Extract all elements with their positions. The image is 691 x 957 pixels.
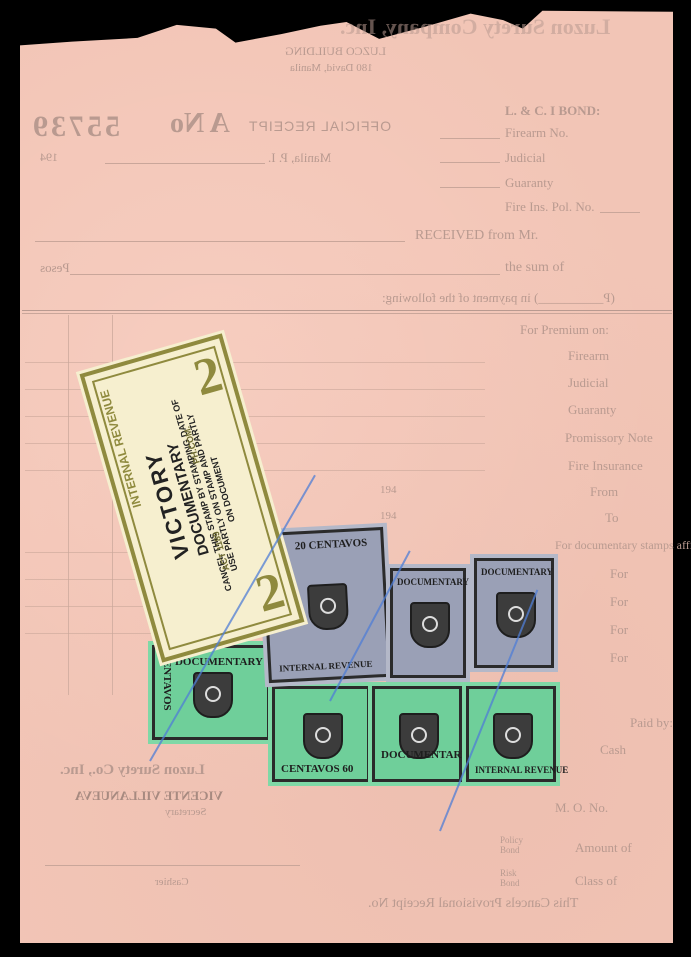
amount-options: PolicyBond [500, 835, 523, 855]
paid-by: Paid by: [630, 715, 673, 731]
receipt-number-prefix: A No [170, 108, 230, 140]
stamp-green-2: CENTAVOS 60 [272, 686, 370, 782]
receipt-number: 55739 [30, 110, 120, 144]
sum-of: the sum of [505, 260, 564, 276]
premium-item-for-1: For [610, 566, 628, 582]
year-prefix: 194 [40, 150, 58, 165]
footer-provisional: This Cancels Provisional Receipt No. [368, 896, 578, 912]
premium-item-guaranty: Guaranty [568, 402, 616, 418]
mo-no: M. O. No. [555, 800, 608, 816]
coat-of-arms-icon [303, 713, 343, 759]
field-guaranty: Guaranty [505, 175, 553, 191]
bond-heading: L. & C. I BOND: [505, 103, 600, 119]
company-address: 180 David, Manila [290, 62, 373, 74]
payment-line: (P__________) in payment of the followin… [382, 290, 615, 306]
coat-of-arms-icon [410, 602, 450, 648]
coat-of-arms-icon [193, 672, 233, 718]
field-judicial: Judicial [505, 150, 545, 166]
signatory-title: Secretary [165, 806, 207, 818]
coat-of-arms-icon [307, 583, 349, 631]
amount-of: Amount of [575, 840, 632, 856]
cashier-label: Cashier [155, 876, 189, 888]
cash-label: Cash [600, 742, 626, 758]
stamp-green-3: DOCUMENTARY [372, 686, 462, 782]
class-of: Class of [575, 873, 617, 889]
premium-heading: For Premium on: [520, 322, 609, 338]
signatory-name: VICENTE VILLANUEVA [75, 788, 223, 804]
stamp-grey-3: DOCUMENTARY [474, 558, 554, 668]
premium-item-stamps: For documentary stamps affixed [555, 538, 691, 553]
premium-item-fire: Fire Insurance [568, 458, 643, 474]
premium-item-for-2: For [610, 594, 628, 610]
class-options: RiskBond [500, 868, 520, 888]
premium-item-for-4: For [610, 650, 628, 666]
field-fire-pol: Fire Ins. Pol. No. [505, 199, 595, 215]
company-signature: Luzon Surety Co., Inc. [60, 762, 205, 779]
coat-of-arms-icon [493, 713, 533, 759]
field-firearm: Firearm No. [505, 125, 569, 141]
premium-item-to: To [605, 510, 619, 526]
pesos-label: Pesos [40, 260, 70, 276]
from-year: 194 [380, 484, 397, 496]
premium-item-from: From [590, 484, 618, 500]
stamp-grey-2: DOCUMENTARY [390, 568, 466, 678]
company-building: LUZCO BUILDING [285, 44, 386, 59]
company-name: Luzon Surety Company, Inc. [340, 14, 610, 40]
coat-of-arms-icon [496, 592, 536, 638]
received-from: RECEIVED from Mr. [415, 228, 538, 244]
premium-item-firearm: Firearm [568, 348, 609, 364]
premium-item-promissory: Promissory Note [565, 430, 653, 446]
place-date: Manila, P. I. [268, 150, 331, 166]
to-year: 194 [380, 510, 397, 522]
premium-item-for-3: For [610, 622, 628, 638]
receipt-title: OFFICIAL RECEIPT [248, 118, 391, 134]
premium-item-judicial: Judicial [568, 375, 608, 391]
